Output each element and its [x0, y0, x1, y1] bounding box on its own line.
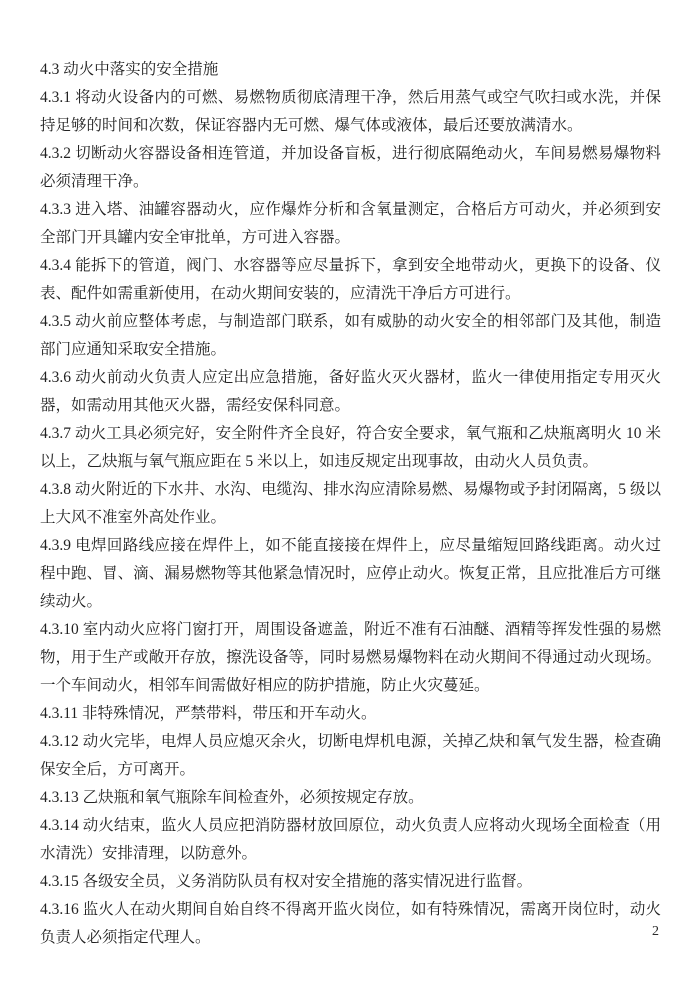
paragraph: 4.3.3 进入塔、油罐容器动火，应作爆炸分析和含氧量测定，合格后方可动火，并必…: [40, 196, 661, 252]
paragraph: 4.3.9 电焊回路线应接在焊件上，如不能直接接在焊件上，应尽量缩短回路线距离。…: [40, 532, 661, 616]
paragraph: 4.3.5 动火前应整体考虑，与制造部门联系，如有威胁的动火安全的相邻部门及其他…: [40, 308, 661, 364]
paragraph: 4.3.8 动火附近的下水井、水沟、电缆沟、排水沟应清除易燃、易爆物或予封闭隔离…: [40, 476, 661, 532]
paragraph: 4.3.12 动火完毕，电焊人员应熄灭余火，切断电焊机电源，关掉乙炔和氧气发生器…: [40, 728, 661, 784]
paragraph: 4.3.15 各级安全员，义务消防队员有权对安全措施的落实情况进行监督。: [40, 868, 661, 896]
paragraph: 4.3.16 监火人在动火期间自始自终不得离开监火岗位，如有特殊情况，需离开岗位…: [40, 896, 661, 952]
paragraph: 4.3.11 非特殊情况，严禁带料，带压和开车动火。: [40, 700, 661, 728]
page-number: 2: [652, 924, 659, 940]
paragraph: 4.3.1 将动火设备内的可燃、易燃物质彻底清理干净，然后用蒸气或空气吹扫或水洗…: [40, 84, 661, 140]
paragraph: 4.3.14 动火结束，监火人员应把消防器材放回原位，动火负责人应将动火现场全面…: [40, 812, 661, 868]
paragraph: 4.3.10 室内动火应将门窗打开，周围设备遮盖，附近不准有石油醚、酒精等挥发性…: [40, 616, 661, 700]
paragraph: 4.3.6 动火前动火负责人应定出应急措施，备好监火灭火器材，监火一律使用指定专…: [40, 364, 661, 420]
paragraph: 4.3.4 能拆下的管道，阀门、水容器等应尽量拆下，拿到安全地带动火，更换下的设…: [40, 252, 661, 308]
document-page: 4.3 动火中落实的安全措施 4.3.1 将动火设备内的可燃、易燃物质彻底清理干…: [0, 0, 700, 990]
paragraph: 4.3.2 切断动火容器设备相连管道，并加设备盲板，进行彻底隔绝动火，车间易燃易…: [40, 140, 661, 196]
paragraph: 4.3.13 乙炔瓶和氧气瓶除车间检查外，必须按规定存放。: [40, 784, 661, 812]
section-heading: 4.3 动火中落实的安全措施: [40, 56, 661, 84]
document-body: 4.3 动火中落实的安全措施 4.3.1 将动火设备内的可燃、易燃物质彻底清理干…: [40, 56, 661, 952]
paragraph: 4.3.7 动火工具必须完好，安全附件齐全良好，符合安全要求，氧气瓶和乙炔瓶离明…: [40, 420, 661, 476]
